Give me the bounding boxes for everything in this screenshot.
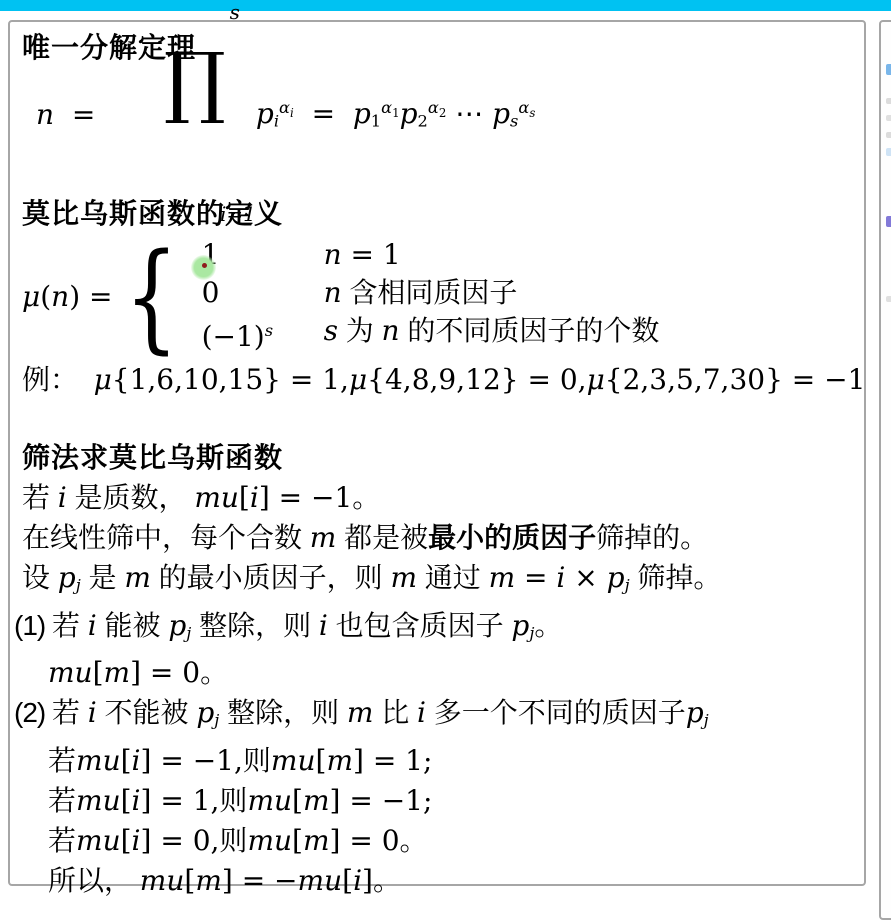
text-segment: 设 bbox=[22, 562, 58, 593]
text-segment: ( bbox=[40, 280, 51, 313]
text-segment: ] = 0 bbox=[330, 824, 400, 857]
text-segment: 1 bbox=[202, 238, 220, 271]
text-segment: 若 bbox=[48, 745, 76, 776]
text-segment: [ bbox=[93, 656, 104, 689]
text-segment: α bbox=[428, 98, 439, 117]
text-segment: [ bbox=[121, 744, 132, 777]
mobius-piecewise-definition: μ(n) = { 1n = 10n 含相同质因子(−1)ss 为 n 的不同质因… bbox=[22, 236, 852, 356]
text-segment: 的最小质因子，则 bbox=[151, 562, 391, 593]
text-segment: 若 bbox=[52, 610, 88, 641]
product-operator: ∏ s i=1 bbox=[113, 10, 256, 218]
text-segment: p bbox=[686, 696, 704, 729]
text-line: 在线性筛中，每个合数 m 都是被最小的质因子筛掉的。 bbox=[22, 518, 852, 558]
text-segment: 。 bbox=[352, 482, 380, 513]
text-segment: ] = −1; bbox=[330, 784, 433, 817]
text-segment: i bbox=[417, 696, 426, 729]
text-segment: = bbox=[294, 97, 353, 130]
text-line: 设 pj 是 m 的最小质因子，则 m 通过 m = i × pj 筛掉。 bbox=[22, 558, 852, 606]
text-segment: m bbox=[310, 521, 337, 554]
adjacent-note-fragment bbox=[886, 115, 891, 121]
adjacent-note-fragment bbox=[886, 64, 891, 75]
case-value: 1 bbox=[202, 236, 324, 274]
text-segment: m bbox=[104, 656, 131, 689]
text-segment: mu bbox=[298, 864, 343, 897]
text-segment: i bbox=[88, 696, 97, 729]
case-condition: s 为 n 的不同质因子的个数 bbox=[324, 312, 660, 356]
text-segment: n bbox=[51, 280, 69, 313]
text-segment: 若 bbox=[52, 697, 88, 728]
text-segment: ] = 0 bbox=[130, 656, 200, 689]
text-segment: (−1) bbox=[202, 320, 265, 353]
text-segment: 整除，则 bbox=[219, 697, 347, 728]
text-segment: mu bbox=[247, 824, 292, 857]
text-segment: μ bbox=[349, 363, 367, 396]
text-segment: i bbox=[319, 609, 328, 642]
text-segment: n bbox=[324, 276, 342, 309]
text-segment: 的不同质因子的个数 bbox=[400, 315, 660, 346]
text-segment: m bbox=[303, 824, 330, 857]
text-segment: [ bbox=[121, 824, 132, 857]
text-segment: 0 bbox=[202, 276, 220, 309]
text-segment: (1) bbox=[14, 610, 52, 641]
adjacent-note-fragment bbox=[886, 98, 891, 104]
text-segment: ] = 0, bbox=[141, 824, 220, 857]
text-segment: 若 bbox=[48, 785, 76, 816]
text-segment: n bbox=[36, 98, 54, 131]
text-segment: n bbox=[382, 314, 400, 347]
text-segment: mu bbox=[247, 784, 292, 817]
text-segment: [ bbox=[239, 481, 250, 514]
text-segment: 。 bbox=[400, 825, 428, 856]
text-segment: n bbox=[324, 238, 342, 271]
text-segment: i bbox=[250, 481, 259, 514]
text-segment: 比 bbox=[373, 697, 417, 728]
text-segment: {1,6,10,15} = 1, bbox=[112, 363, 349, 396]
text-segment: [ bbox=[316, 744, 327, 777]
text-segment: = 1 bbox=[342, 238, 401, 271]
cases-lhs: μ(n) = bbox=[22, 280, 112, 313]
text-segment: i bbox=[353, 864, 362, 897]
text-segment: m bbox=[195, 864, 222, 897]
text-segment: 1 bbox=[392, 106, 399, 120]
text-segment: 不能被 bbox=[97, 697, 197, 728]
text-segment: α bbox=[279, 98, 290, 117]
text-segment: i bbox=[132, 744, 141, 777]
text-segment: [ bbox=[292, 784, 303, 817]
text-segment: ] bbox=[362, 864, 373, 897]
text-segment: m bbox=[303, 784, 330, 817]
text-segment: {4,8,9,12} = 0, bbox=[367, 363, 586, 396]
product-lower-limit: i=1 bbox=[220, 202, 256, 226]
text-segment: ] = −1 bbox=[259, 481, 352, 514]
text-segment: [ bbox=[342, 864, 353, 897]
text-segment: ] = −1, bbox=[141, 744, 243, 777]
text-segment: 。 bbox=[534, 610, 562, 641]
section-heading-sieve-method: 筛法求莫比乌斯函数 bbox=[22, 438, 852, 478]
text-segment: p bbox=[256, 97, 274, 130]
text-segment: 所以， bbox=[48, 865, 140, 896]
product-upper-limit: s bbox=[230, 0, 240, 24]
formula-lhs: n = bbox=[36, 98, 113, 131]
text-segment: mu bbox=[271, 744, 316, 777]
note-page-card[interactable]: 唯一分解定理 n = ∏ s i=1 piαi = p1α1p2α2 ⋯ psα… bbox=[8, 20, 866, 886]
text-segment: 则 bbox=[243, 745, 271, 776]
text-segment: 则 bbox=[219, 825, 247, 856]
text-segment: μ bbox=[22, 280, 40, 313]
text-segment: s bbox=[265, 321, 273, 340]
case-condition: n = 1 bbox=[324, 236, 660, 274]
text-segment: μ bbox=[587, 363, 605, 396]
text-segment: 也包含质因子 bbox=[328, 610, 512, 641]
text-segment: [ bbox=[121, 784, 132, 817]
text-segment: μ bbox=[94, 363, 112, 396]
text-segment: p bbox=[58, 561, 76, 594]
text-segment: p bbox=[168, 609, 186, 642]
text-line: 若 i 是质数， mu[i] = −1。 bbox=[22, 478, 852, 518]
text-segment: 则 bbox=[219, 785, 247, 816]
text-segment: p bbox=[492, 97, 510, 130]
text-segment: m bbox=[347, 696, 374, 729]
cases-grid: 1n = 10n 含相同质因子(−1)ss 为 n 的不同质因子的个数 bbox=[190, 236, 660, 356]
text-segment: mu bbox=[76, 784, 121, 817]
text-segment: i bbox=[132, 824, 141, 857]
adjacent-note-fragment bbox=[886, 148, 891, 156]
text-segment: j bbox=[704, 711, 709, 730]
text-segment: mu bbox=[194, 481, 239, 514]
case-value: (−1)s bbox=[202, 312, 324, 356]
adjacent-note-fragment bbox=[886, 296, 891, 302]
text-segment: 都是被 bbox=[336, 522, 428, 553]
text-segment: 最小的质因子 bbox=[428, 522, 596, 553]
sieve-method-lines: 若 i 是质数， mu[i] = −1。在线性筛中，每个合数 m 都是被最小的质… bbox=[22, 478, 852, 899]
text-line: (1) 若 i 能被 pj 整除，则 i 也包含质因子 pj。 bbox=[14, 606, 852, 654]
adjacent-note-fragment bbox=[886, 216, 891, 227]
text-segment: 筛掉的。 bbox=[596, 522, 708, 553]
text-segment: m bbox=[124, 561, 151, 594]
text-segment: i bbox=[132, 784, 141, 817]
text-segment: mu bbox=[140, 864, 185, 897]
text-segment: [ bbox=[292, 824, 303, 857]
text-segment: × bbox=[565, 561, 606, 594]
text-segment: 筛掉。 bbox=[630, 562, 722, 593]
text-segment: p bbox=[196, 696, 214, 729]
text-segment: 1 bbox=[371, 112, 381, 131]
text-segment: {2,3,5,7,30} = −1 bbox=[605, 363, 866, 396]
text-segment: 通过 bbox=[417, 562, 489, 593]
text-segment: 是质数， bbox=[67, 482, 195, 513]
text-segment: 在线性筛中，每个合数 bbox=[22, 522, 310, 553]
text-segment: 2 bbox=[418, 112, 428, 131]
text-segment: m bbox=[489, 561, 516, 594]
text-segment: ) = bbox=[69, 280, 112, 313]
text-segment: mu bbox=[76, 824, 121, 857]
formula-rhs: piαi = p1α1p2α2 ⋯ psαs bbox=[256, 97, 536, 131]
text-segment: s bbox=[324, 314, 338, 347]
text-line: 若mu[i] = 0,则mu[m] = 0。 bbox=[22, 821, 852, 861]
text-segment: mu bbox=[48, 656, 93, 689]
text-segment: 多一个不同的质因子 bbox=[426, 697, 686, 728]
text-line: 若mu[i] = −1,则mu[m] = 1; bbox=[22, 741, 852, 781]
product-symbol: ∏ bbox=[164, 37, 226, 127]
text-line: 所以， mu[m] = −mu[i]。 bbox=[22, 861, 852, 899]
text-segment: (2) bbox=[14, 697, 52, 728]
case-value: 0 bbox=[202, 274, 324, 312]
text-segment: ] = − bbox=[222, 864, 298, 897]
text-segment: 。 bbox=[373, 865, 401, 896]
text-segment: 是 bbox=[81, 562, 125, 593]
text-segment: p bbox=[607, 561, 625, 594]
text-segment: i bbox=[88, 609, 97, 642]
text-segment: 。 bbox=[200, 657, 228, 688]
text-segment: m bbox=[326, 744, 353, 777]
text-segment: α bbox=[518, 98, 529, 117]
text-segment: m bbox=[390, 561, 417, 594]
text-segment: i bbox=[58, 481, 67, 514]
text-segment: 例： bbox=[22, 364, 94, 395]
text-segment: s bbox=[529, 106, 535, 120]
text-line: 若mu[i] = 1,则mu[m] = −1; bbox=[22, 781, 852, 821]
text-segment: ] = 1, bbox=[141, 784, 220, 817]
case-condition: n 含相同质因子 bbox=[324, 274, 660, 312]
text-segment: p bbox=[400, 97, 418, 130]
text-segment: 整除，则 bbox=[191, 610, 319, 641]
adjacent-note-fragment bbox=[886, 132, 891, 138]
cases-brace: { bbox=[125, 238, 179, 354]
text-segment: 能被 bbox=[97, 610, 169, 641]
text-segment: 若 bbox=[22, 482, 58, 513]
text-segment: mu bbox=[76, 744, 121, 777]
text-segment: ] = 1; bbox=[353, 744, 432, 777]
text-line: (2) 若 i 不能被 pj 整除，则 m 比 i 多一个不同的质因子pj bbox=[14, 693, 852, 741]
text-segment: 若 bbox=[48, 825, 76, 856]
text-segment: p bbox=[511, 609, 529, 642]
text-segment: = bbox=[54, 98, 113, 131]
factorization-formula: n = ∏ s i=1 piαi = p1α1p2α2 ⋯ psαs bbox=[36, 68, 852, 160]
text-segment: ⋯ bbox=[446, 97, 492, 130]
text-line: mu[m] = 0。 bbox=[22, 653, 852, 693]
text-segment: α bbox=[381, 98, 392, 117]
text-segment: 为 bbox=[338, 315, 382, 346]
text-segment: p bbox=[353, 97, 371, 130]
text-segment: 含相同质因子 bbox=[342, 277, 518, 308]
adjacent-note-card[interactable] bbox=[879, 20, 891, 899]
text-segment: = bbox=[515, 561, 556, 594]
text-segment: [ bbox=[184, 864, 195, 897]
